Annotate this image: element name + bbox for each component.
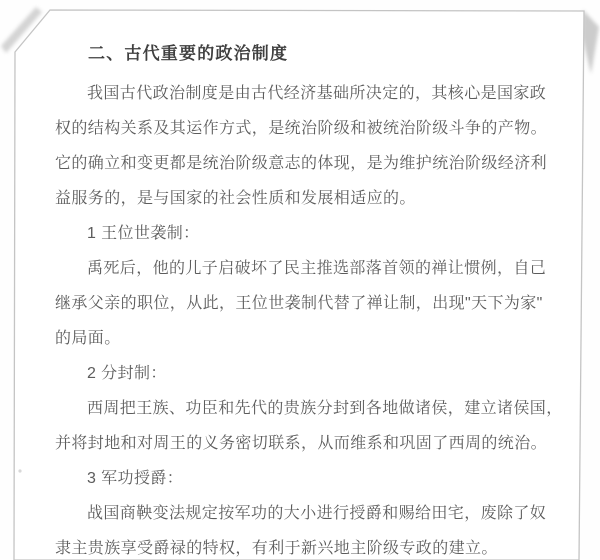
text-line: 隶主贵族享受爵禄的特权，有利于新兴地主阶级专政的建立。 bbox=[55, 531, 567, 560]
text-line: 的局面。 bbox=[55, 321, 567, 356]
section-heading: 二、古代重要的政治制度 bbox=[55, 36, 567, 72]
text-line-subheading: 1 王位世袭制： bbox=[55, 216, 567, 251]
text-line: 权的结构关系及其运作方式，是统治阶级和被统治阶级斗争的产物。 bbox=[55, 111, 567, 146]
text-line: 益服务的，是与国家的社会性质和发展相适应的。 bbox=[55, 181, 567, 216]
text-line-subheading: 2 分封制： bbox=[55, 356, 567, 391]
text-line: 禹死后，他的儿子启破坏了民主推选部落首领的禅让惯例，自己 bbox=[55, 251, 567, 286]
text-line: 并将封地和对周王的义务密切联系，从而维系和巩固了西周的统治。 bbox=[55, 426, 567, 461]
text-line-subheading: 3 军功授爵： bbox=[55, 461, 567, 496]
text-line: 战国商鞅变法规定按军功的大小进行授爵和赐给田宅，废除了奴 bbox=[55, 496, 567, 531]
photo-of-page: 二、古代重要的政治制度 我国古代政治制度是由古代经济基础所决定的，其核心是国家政… bbox=[0, 0, 600, 560]
text-line: 西周把王族、功臣和先代的贵族分封到各地做诸侯，建立诸侯国， bbox=[55, 391, 567, 426]
paper-speck bbox=[18, 469, 21, 472]
document-text: 二、古代重要的政治制度 我国古代政治制度是由古代经济基础所决定的，其核心是国家政… bbox=[55, 36, 567, 560]
text-line: 继承父亲的职位，从此，王位世袭制代替了禅让制，出现"天下为家" bbox=[55, 286, 567, 321]
text-line: 它的确立和变更都是统治阶级意志的体现，是为维护统治阶级经济利 bbox=[55, 146, 567, 181]
text-line: 我国古代政治制度是由古代经济基础所决定的，其核心是国家政 bbox=[55, 76, 567, 111]
